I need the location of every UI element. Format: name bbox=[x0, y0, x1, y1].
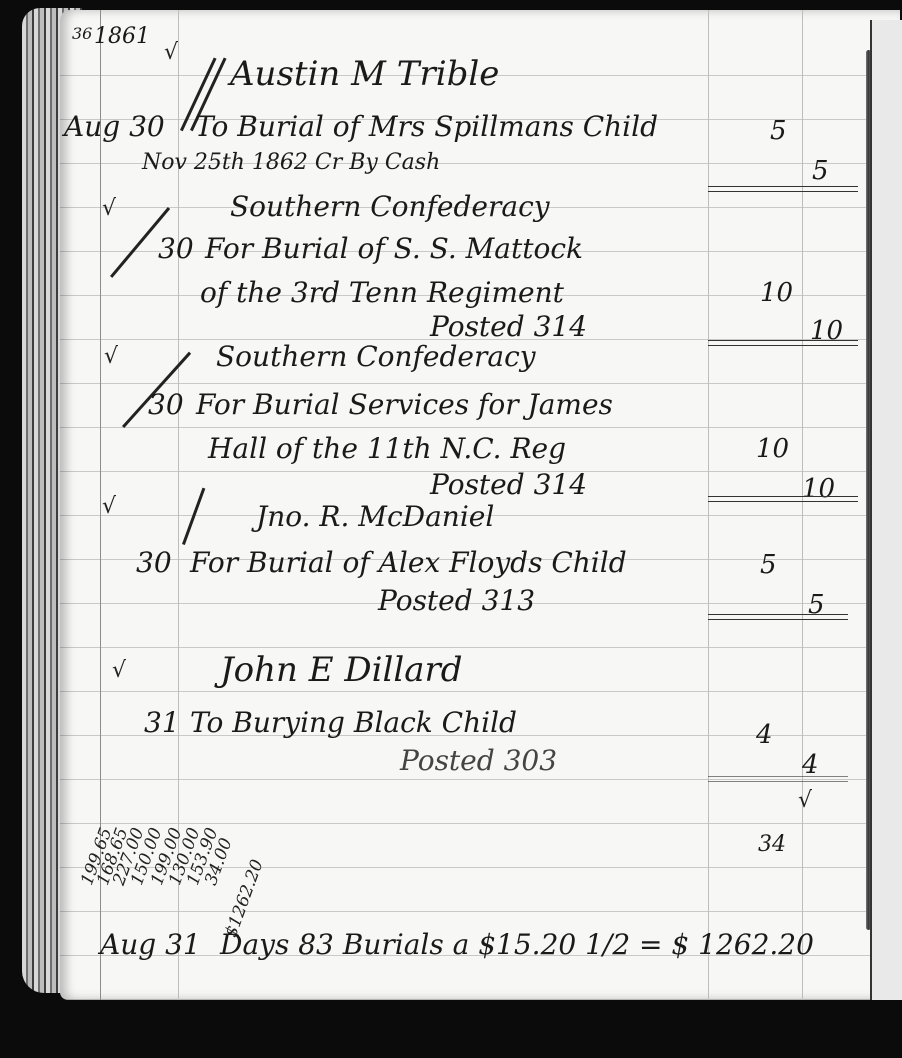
account-name: Southern Confederacy bbox=[230, 190, 550, 223]
double-underline bbox=[708, 340, 858, 346]
entry-date: 30 bbox=[158, 232, 194, 265]
credit-column-rule bbox=[802, 10, 803, 1000]
posted-reference: Posted 314 bbox=[430, 310, 587, 343]
account-slash-mark bbox=[182, 488, 205, 545]
double-underline bbox=[708, 776, 848, 782]
posted-reference: Posted 313 bbox=[378, 584, 535, 617]
entry-description: For Burial Services for James bbox=[196, 388, 613, 421]
entry-date: 30 bbox=[148, 388, 184, 421]
account-name: Austin M Trible bbox=[230, 54, 499, 94]
entry-date: Aug 30 bbox=[64, 110, 165, 143]
check-mark-icon: √ bbox=[104, 344, 118, 369]
entry-description: To Burying Black Child bbox=[190, 706, 517, 739]
debit-amount: 10 bbox=[756, 434, 789, 464]
check-mark-icon: √ bbox=[112, 658, 126, 683]
debit-column-rule bbox=[708, 10, 709, 1000]
check-mark-icon: √ bbox=[102, 196, 116, 221]
entry-description: For Burial of Alex Floyds Child bbox=[190, 546, 627, 579]
posted-reference: Posted 303 bbox=[400, 744, 557, 777]
summary-date: Aug 31 bbox=[100, 928, 201, 961]
entry-description: To Burial of Mrs Spillmans Child bbox=[195, 110, 658, 143]
summary-text: Days 83 Burials a $15.20 1/2 = $ 1262.20 bbox=[220, 928, 814, 961]
debit-column-total: 34 bbox=[758, 832, 786, 857]
posted-reference: Posted 314 bbox=[430, 468, 587, 501]
entry-description: of the 3rd Tenn Regiment bbox=[200, 276, 564, 309]
debit-amount: 5 bbox=[760, 550, 777, 580]
entry-date: 30 bbox=[136, 546, 172, 579]
entry-description: For Burial of S. S. Mattock bbox=[205, 232, 583, 265]
year-header: 1861 bbox=[94, 24, 150, 49]
debit-amount: 4 bbox=[756, 720, 773, 750]
page-number: 36 bbox=[72, 24, 92, 43]
account-name: John E Dillard bbox=[220, 650, 463, 690]
double-underline bbox=[708, 496, 858, 502]
credit-note: Nov 25th 1862 Cr By Cash bbox=[142, 150, 440, 175]
entry-date: 31 bbox=[144, 706, 180, 739]
entry-description: Hall of the 11th N.C. Reg bbox=[208, 432, 566, 465]
account-name: Jno. R. McDaniel bbox=[256, 500, 494, 533]
check-mark-icon: √ bbox=[102, 494, 116, 519]
check-mark-icon: √ bbox=[798, 788, 812, 813]
double-underline bbox=[708, 614, 848, 620]
account-name: Southern Confederacy bbox=[216, 340, 536, 373]
ledger-page: 36 1861 √ Austin M Trible Aug 30 To Buri… bbox=[60, 10, 900, 1000]
check-mark-icon: √ bbox=[164, 40, 178, 65]
credit-amount: 5 bbox=[812, 156, 829, 186]
debit-amount: 5 bbox=[770, 116, 787, 146]
facing-page-edge bbox=[870, 20, 902, 1000]
double-underline bbox=[708, 186, 858, 192]
debit-amount: 10 bbox=[760, 278, 793, 308]
